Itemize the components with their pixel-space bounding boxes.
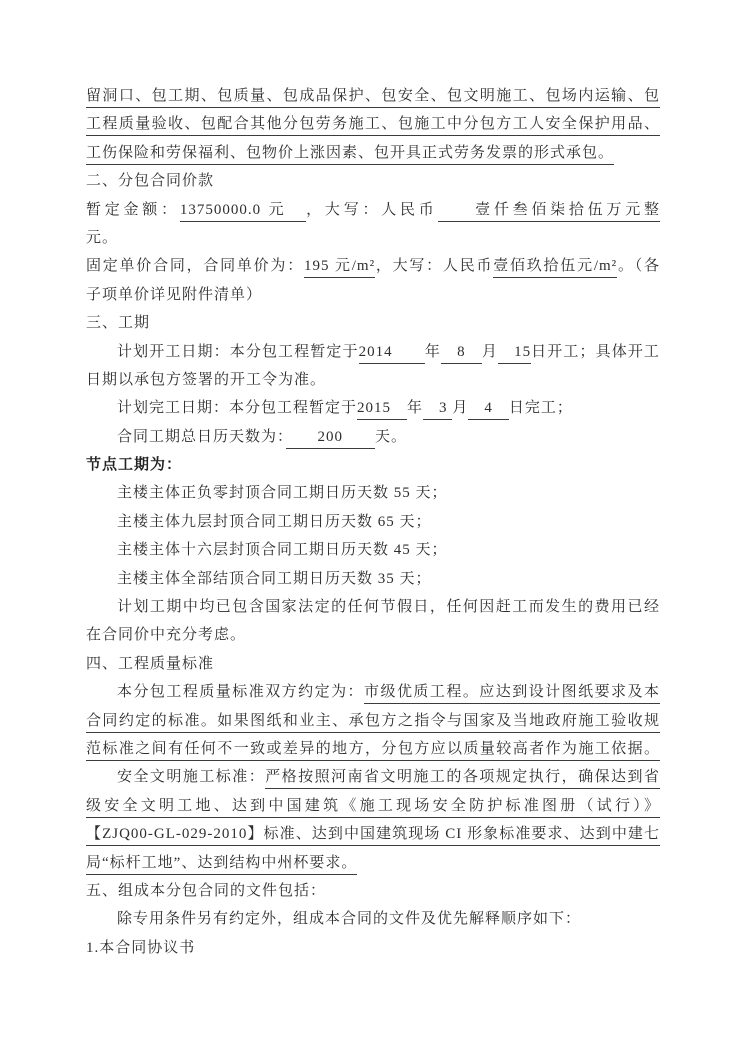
text-segment: 四、工程质量标准 bbox=[86, 656, 214, 672]
filled-blank-text: 15 bbox=[498, 344, 531, 364]
text-segment: 计划工期中均已包含国家法定的任何节假日，任何因赶工而发生的费用已经 bbox=[117, 599, 660, 615]
text-segment: 暂定金额： bbox=[86, 202, 180, 218]
text-segment: 。（各 bbox=[617, 258, 660, 274]
document-line: 安全文明施工标准：严格按照河南省文明施工的各项规定执行，确保达到省 bbox=[86, 763, 660, 791]
text-segment: 主楼主体全部结顶合同工期日历天数 35 天； bbox=[117, 571, 432, 587]
text-segment: 计划开工日期：本分包工程暂定于 bbox=[117, 344, 359, 360]
text-segment: 日完工； bbox=[509, 400, 573, 416]
text-segment: 计划完工日期：本分包工程暂定于 bbox=[117, 400, 357, 416]
document-line: 暂定金额：13750000.0 元 ，大写：人民币 壹仟叁佰柒拾伍万元整 bbox=[86, 196, 660, 224]
text-segment: 除专用条件另有约定外，组成本合同的文件及优先解释顺序如下： bbox=[117, 911, 581, 927]
filled-blank-text: 级安全文明工地、达到中国建筑《施工现场安全防护标准图册（试行）》 bbox=[86, 798, 660, 818]
document-line: 二、分包合同价款 bbox=[86, 167, 660, 195]
filled-blank-text: 严格按照河南省文明施工的各项规定执行，确保达到省 bbox=[265, 769, 660, 789]
text-segment: 合同工期总日历天数为： bbox=[117, 429, 286, 445]
filled-blank-text: 2014 bbox=[359, 344, 425, 364]
document-line: 五、组成本分包合同的文件包括： bbox=[86, 877, 660, 905]
text-segment: 元。 bbox=[86, 230, 118, 246]
text-segment: 年 bbox=[407, 400, 423, 416]
text-segment: 主楼主体正负零封顶合同工期日历天数 55 天； bbox=[117, 485, 448, 501]
document-line: 工程质量验收、包配合其他分包劳务施工、包施工中分包方工人安全保护用品、 bbox=[86, 110, 660, 138]
text-segment: 月 bbox=[452, 400, 468, 416]
document-line: 主楼主体九层封顶合同工期日历天数 65 天； bbox=[86, 508, 660, 536]
document-line: 级安全文明工地、达到中国建筑《施工现场安全防护标准图册（试行）》 bbox=[86, 792, 660, 820]
text-segment: 子项单价详见附件清单） bbox=[86, 287, 262, 303]
text-segment: 月 bbox=[482, 344, 498, 360]
document-line: 日期以承包方签署的开工令为准。 bbox=[86, 366, 660, 394]
document-page: 留洞口、包工期、包质量、包成品保护、包安全、包文明施工、包场内运输、包工程质量验… bbox=[0, 0, 744, 1052]
text-segment: 节点工期为： bbox=[86, 457, 182, 473]
document-line: 除专用条件另有约定外，组成本合同的文件及优先解释顺序如下： bbox=[86, 905, 660, 933]
document-line: 局“标杆工地”、达到结构中州杯要求。 bbox=[86, 849, 660, 877]
document-line: 固定单价合同，合同单价为：195 元/m²，大写：人民币壹佰玖拾伍元/m²。（各 bbox=[86, 252, 660, 280]
document-line: 在合同价中充分考虑。 bbox=[86, 621, 660, 649]
text-segment: 本分包工程质量标准双方约定为： bbox=[117, 684, 364, 700]
document-line: 工伤保险和劳保福利、包物价上涨因素、包开具正式劳务发票的形式承包。 bbox=[86, 139, 660, 167]
document-line: 主楼主体正负零封顶合同工期日历天数 55 天； bbox=[86, 479, 660, 507]
document-line: 计划开工日期：本分包工程暂定于2014 年 8 月 15日开工；具体开工 bbox=[86, 338, 660, 366]
text-segment: 1.本合同协议书 bbox=[86, 940, 195, 956]
document-line: 合同约定的标准。如果图纸和业主、承包方之指令与国家及当地政府施工验收规 bbox=[86, 707, 660, 735]
text-segment: 安全文明施工标准： bbox=[117, 769, 265, 785]
document-line: 节点工期为： bbox=[86, 451, 660, 479]
text-segment: 三、工期 bbox=[86, 315, 150, 331]
filled-blank-text: 4 bbox=[468, 400, 509, 420]
document-line: 1.本合同协议书 bbox=[86, 934, 660, 962]
filled-blank-text: 3 bbox=[423, 400, 452, 420]
filled-blank-text: 200 bbox=[286, 429, 376, 449]
filled-blank-text: 【ZJQ00-GL-029-2010】标准、达到中国建筑现场 CI 形象标准要求… bbox=[86, 826, 660, 846]
filled-blank-text: 壹佰玖拾伍元/m² bbox=[493, 258, 617, 278]
filled-blank-text: 8 bbox=[441, 344, 482, 364]
document-line: 计划完工日期：本分包工程暂定于2015 年 3 月 4 日完工； bbox=[86, 394, 660, 422]
document-line: 三、工期 bbox=[86, 309, 660, 337]
text-segment: ，大写：人民币 bbox=[375, 258, 493, 274]
document-line: 主楼主体全部结顶合同工期日历天数 35 天； bbox=[86, 565, 660, 593]
text-segment: 主楼主体十六层封顶合同工期日历天数 45 天； bbox=[117, 542, 448, 558]
text-segment: 年 bbox=[425, 344, 441, 360]
text-segment: 主楼主体九层封顶合同工期日历天数 65 天； bbox=[117, 514, 432, 530]
text-segment: ，大写：人民币 bbox=[306, 202, 437, 218]
text-segment: 五、组成本分包合同的文件包括： bbox=[86, 883, 326, 899]
document-line: 本分包工程质量标准双方约定为：市级优质工程。应达到设计图纸要求及本 bbox=[86, 678, 660, 706]
document-line: 留洞口、包工期、包质量、包成品保护、包安全、包文明施工、包场内运输、包 bbox=[86, 82, 660, 110]
filled-blank-text: 2015 bbox=[357, 400, 407, 420]
document-line: 范标准之间有任何不一致或差异的地方，分包方应以质量较高者作为施工依据。 bbox=[86, 735, 660, 763]
document-line: 合同工期总日历天数为： 200 天。 bbox=[86, 423, 660, 451]
filled-blank-text: 范标准之间有任何不一致或差异的地方，分包方应以质量较高者作为施工依据。 bbox=[86, 741, 660, 761]
filled-blank-text: 局“标杆工地”、达到结构中州杯要求。 bbox=[86, 855, 357, 875]
filled-blank-text: 13750000.0 元 bbox=[180, 202, 306, 222]
document-line: 主楼主体十六层封顶合同工期日历天数 45 天； bbox=[86, 536, 660, 564]
filled-blank-text: 市级优质工程。应达到设计图纸要求及本 bbox=[364, 684, 660, 704]
filled-blank-text: 工伤保险和劳保福利、包物价上涨因素、包开具正式劳务发票的形式承包。 bbox=[86, 145, 614, 165]
document-line: 计划工期中均已包含国家法定的任何节假日，任何因赶工而发生的费用已经 bbox=[86, 593, 660, 621]
document-line: 子项单价详见附件清单） bbox=[86, 281, 660, 309]
filled-blank-text: 195 元/m² bbox=[304, 258, 375, 278]
filled-blank-text: 壹仟叁佰柒拾伍万元整 bbox=[438, 202, 660, 222]
document-line: 元。 bbox=[86, 224, 660, 252]
document-line: 【ZJQ00-GL-029-2010】标准、达到中国建筑现场 CI 形象标准要求… bbox=[86, 820, 660, 848]
document-line: 四、工程质量标准 bbox=[86, 650, 660, 678]
text-segment: 在合同价中充分考虑。 bbox=[86, 627, 246, 643]
text-segment: 日开工；具体开工 bbox=[531, 344, 660, 360]
filled-blank-text: 留洞口、包工期、包质量、包成品保护、包安全、包文明施工、包场内运输、包 bbox=[86, 88, 660, 108]
text-segment: 固定单价合同，合同单价为： bbox=[86, 258, 304, 274]
filled-blank-text: 工程质量验收、包配合其他分包劳务施工、包施工中分包方工人安全保护用品、 bbox=[86, 116, 660, 136]
text-segment: 二、分包合同价款 bbox=[86, 173, 214, 189]
filled-blank-text: 合同约定的标准。如果图纸和业主、承包方之指令与国家及当地政府施工验收规 bbox=[86, 713, 660, 733]
contract-text: 留洞口、包工期、包质量、包成品保护、包安全、包文明施工、包场内运输、包工程质量验… bbox=[86, 82, 660, 962]
text-segment: 日期以承包方签署的开工令为准。 bbox=[86, 372, 326, 388]
text-segment: 天。 bbox=[375, 429, 407, 445]
